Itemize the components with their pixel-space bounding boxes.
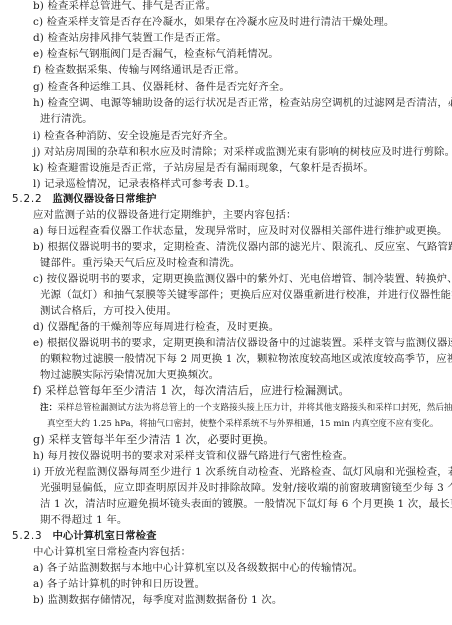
list-item-k: k) 检查避雷设施是否正常，子站房屋是否有漏雨现象，气象杆是否损坏。 <box>33 160 374 176</box>
list-item-h: h) 检查空调、电源等辅助设备的运行状况是否正常，检查站房空调机的过滤网是否清洁… <box>33 95 452 111</box>
note-label: 注： <box>40 403 57 413</box>
list-item-j: j) 对站房周围的杂草和积水应及时清除；对采样或监测光束有影响的树枝应及时进行剪… <box>33 144 452 160</box>
section-title: 中心计算机室日常检查 <box>52 530 156 542</box>
list-item-i: i) 开放光程监测仪器每周至少进行 1 次系统自动检查、光路检查、氙灯风扇和光强… <box>33 464 452 480</box>
section-intro: 应对监测子站的仪器设备进行定期维护，主要内容包括： <box>33 207 297 223</box>
list-item-c: c) 检查采样支管是否存在冷凝水，如果存在冷凝水应及时进行清洁干燥处理。 <box>33 14 394 30</box>
list-item-b-continued: 键部件。重污染天气后应及时检查和清洗。 <box>40 255 240 271</box>
list-item-a: a) 各子站计算机的时钟和日历设置。 <box>33 576 205 592</box>
list-item-f: f) 检查数据采集、传输与网络通讯是否正常。 <box>33 62 245 78</box>
section-number: 5.2.3 <box>12 530 42 542</box>
list-item-h-continued: 进行清洗。 <box>40 111 93 127</box>
list-item-f: f) 采样总管每年至少清洁 1 次，每次清洁后，应进行检漏测试。 <box>33 383 350 399</box>
list-item-b: b) 根据仪器说明书的要求，定期检查、清洗仪器内部的滤光片、限流孔、反应室、气路… <box>33 239 452 255</box>
section-heading-5-2-3: 5.2.3中心计算机室日常检查 <box>12 528 156 544</box>
note-text: 采样总管检漏测试方法为将总管上的一个支路接头接上压力计，并将其他支路接头和采样口… <box>57 403 452 413</box>
list-item-d: d) 仪器配备的干燥剂等应每周进行检查，及时更换。 <box>33 319 279 335</box>
list-item-e: e) 根据仪器说明书的要求，定期更换和清洁仪器设备中的过滤装置。采样支管与监测仪… <box>33 335 452 351</box>
list-item-i-continued: 光强明显偏低，应立即查明原因并及时排除故障。发射/接收端的前窗玻璃窗镜至少每 3… <box>40 480 452 496</box>
section-title: 监测仪器设备日常维护 <box>52 193 156 205</box>
section-intro: 中心计算机室日常检查内容包括： <box>33 544 191 560</box>
list-item-g: g) 检查各种运维工具、仪器耗材、备件是否完好齐全。 <box>33 79 290 95</box>
list-item-d: d) 检查站房排风排气装置工作是否正常。 <box>33 30 227 46</box>
list-item-c-continued: 光源（氙灯）和抽气泵膜等关键零部件；更换后应对仪器重新进行校准，并进行仪器性能测… <box>40 287 452 303</box>
section-number: 5.2.2 <box>12 193 42 205</box>
list-item-h: h) 每月按仪器说明书的要求对采样支管和仪器气路进行气密性检查。 <box>33 448 353 464</box>
list-item-c-continued: 测试合格后，方可投入使用。 <box>40 303 177 319</box>
list-item-a: a) 每日远程查看仪器工作状态量，发现异常时，应及时对仪器相关部件进行维护或更换… <box>33 223 448 239</box>
list-item-e-continued: 的颗粒物过滤膜一般情况下每 2 周更换 1 次，颗粒物浓度较高地区或浓度较高季节… <box>40 351 452 367</box>
list-item-a: a) 各子站监测数据与本地中心计算机室以及各级数据中心的传输情况。 <box>33 560 363 576</box>
list-item-c: c) 按仪器说明书的要求，定期更换监测仪器中的紫外灯、光电倍增管、制冷装置、转换… <box>33 271 452 287</box>
list-item-e: e) 检查标气钢瓶阀门是否漏气，检查标气消耗情况。 <box>33 46 279 62</box>
note-continued: 真空至大约 1.25 hPa，将抽气口密封，使整个采样系统不与外界相通，15 m… <box>47 416 438 432</box>
list-item-l: l) 记录巡检情况，记录表格样式可参考表 D.1。 <box>33 176 256 192</box>
list-item-i-continued: 期不得超过 1 年。 <box>40 512 127 528</box>
list-item-b: b) 检查采样总管进气、排气是否正常。 <box>33 0 216 14</box>
list-item-b: b) 监测数据存储情况，每季度对监测数据备份 1 次。 <box>33 592 282 608</box>
list-item-e-continued: 物过滤膜实际污染情况加大更换频次。 <box>40 367 219 383</box>
list-item-i-continued: 洁 1 次，清洁时应避免损坏镜头表面的镀膜。一般情况下氙灯每 6 个月更换 1 … <box>40 496 452 512</box>
note: 注：采样总管检漏测试方法为将总管上的一个支路接头接上压力计，并将其他支路接头和采… <box>40 400 452 416</box>
list-item-i: i) 检查各种消防、安全设施是否完好齐全。 <box>33 128 234 144</box>
section-heading-5-2-2: 5.2.2监测仪器设备日常维护 <box>12 191 156 207</box>
list-item-g: g) 采样支管每半年至少清洁 1 次，必要时更换。 <box>33 432 275 448</box>
document-page: b) 检查采样总管进气、排气是否正常。 c) 检查采样支管是否存在冷凝水，如果存… <box>0 0 452 625</box>
